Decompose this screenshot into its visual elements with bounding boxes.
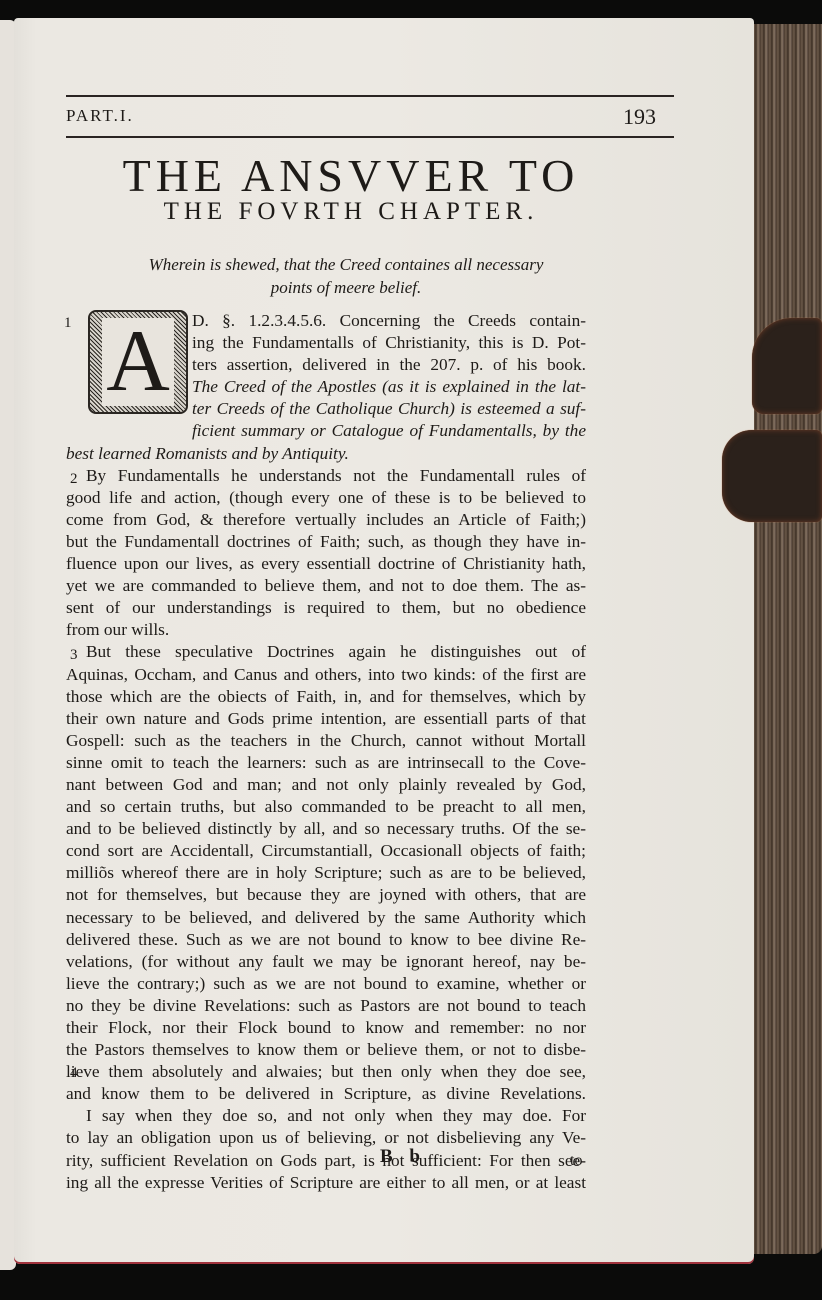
text-line: ing all the expresse Verities of Scriptu… (66, 1172, 586, 1194)
text-line: sinne omit to teach the learners: such a… (66, 752, 586, 774)
text-line: necessary to be believed, and delivered … (66, 907, 586, 929)
page-number: 193 (623, 104, 656, 130)
text-line: cond sort are Accidentall, Circumstantia… (66, 840, 586, 862)
chapter-summary: Wherein is shewed, that the Creed contai… (66, 253, 626, 299)
text-line: Gospell: such as the teachers in the Chu… (66, 730, 586, 752)
summary-line-2: points of meere belief. (66, 276, 626, 299)
catchword: to (570, 1152, 582, 1170)
text-line: Aquinas, Occham, and Canus and others, i… (66, 664, 586, 686)
signature-mark: B b (380, 1146, 426, 1168)
text-line: to lay an obligation upon us of believin… (66, 1127, 586, 1149)
body-text: 1 D. §. 1.2.3.4.5.6. Concerning the Cree… (66, 310, 586, 1194)
text-line: and so certain truths, but also commande… (66, 796, 586, 818)
text-line: and to be believed distinctly by all, an… (66, 818, 586, 840)
title-line-1: THE ANSVVER TO (66, 150, 636, 202)
text-line: But these speculative Doctrines again he… (66, 641, 586, 663)
running-head: PART.I. 193 (66, 104, 656, 132)
chapter-title: THE ANSVVER TO THE FOVRTH CHAPTER. (66, 150, 636, 226)
text-line: velations, (for without any fault we may… (66, 951, 586, 973)
title-line-2: THE FOVRTH CHAPTER. (66, 198, 636, 226)
text-line: I say when they doe so, and not only whe… (66, 1105, 586, 1127)
text-line: good life and action, (though every one … (66, 487, 586, 509)
text-line: delivered these. Such as we are not boun… (66, 929, 586, 951)
text-line: By Fundamentalls he understands not the … (66, 465, 586, 487)
text-line: not for themselves, but because they are… (66, 884, 586, 906)
text-line: The Creed of the Apostles (as it is expl… (66, 376, 586, 398)
text-line: and know them to be delivered in Scriptu… (66, 1083, 586, 1105)
text-line: ter Creeds of the Catholique Church) is … (66, 398, 586, 420)
text-line: nant between God and man; and not only p… (66, 774, 586, 796)
text-line: lieve them absolutely and alwaies; but t… (66, 1061, 586, 1083)
paragraph-number: 3 (70, 644, 78, 666)
clasp-lower-icon (722, 430, 822, 522)
text-line: sent of our understandings is required t… (66, 597, 586, 619)
running-head-left: PART.I. (66, 106, 134, 126)
text-line: ing the Fundamentalls of Christianity, t… (66, 332, 586, 354)
paragraph-number: 2 (70, 468, 78, 490)
text-line: come from God, & therefore vertually inc… (66, 509, 586, 531)
text-line: their Flock, nor their Flock bound to kn… (66, 1017, 586, 1039)
summary-line-1: Wherein is shewed, that the Creed contai… (66, 253, 626, 276)
text-line: rity, sufficient Revelation on Gods part… (66, 1150, 586, 1172)
head-rule (66, 136, 674, 138)
paragraph-number: 1 (64, 312, 72, 334)
paragraph-number: 4 (70, 1062, 78, 1084)
top-rule (66, 95, 674, 97)
text-line: from our wills. (66, 619, 586, 641)
text-line: yet we are commanded to believe them, an… (66, 575, 586, 597)
text-line: lieve the contrary;) such as we are not … (66, 973, 586, 995)
text-line: their own nature and Gods prime intentio… (66, 708, 586, 730)
clasp-upper-icon (752, 318, 822, 414)
text-line: no they be divine Revelations: such as P… (66, 995, 586, 1017)
text-line: fluence upon our lives, as every essenti… (66, 553, 586, 575)
text-line: D. §. 1.2.3.4.5.6. Concerning the Creeds… (66, 310, 586, 332)
text-line: milliõs whereof there are in holy Script… (66, 862, 586, 884)
text-line: but the Fundamentall doctrines of Faith;… (66, 531, 586, 553)
book-fore-edge (752, 24, 822, 1254)
text-line: best learned Romanists and by Antiquity. (66, 443, 586, 465)
text-line: the Pastors themselves to know them or b… (66, 1039, 586, 1061)
text-line: those which are the obiects of Faith, in… (66, 686, 586, 708)
text-line: ters assertion, delivered in the 207. p.… (66, 354, 586, 376)
text-line: ficient summary or Catalogue of Fundamen… (66, 420, 586, 442)
